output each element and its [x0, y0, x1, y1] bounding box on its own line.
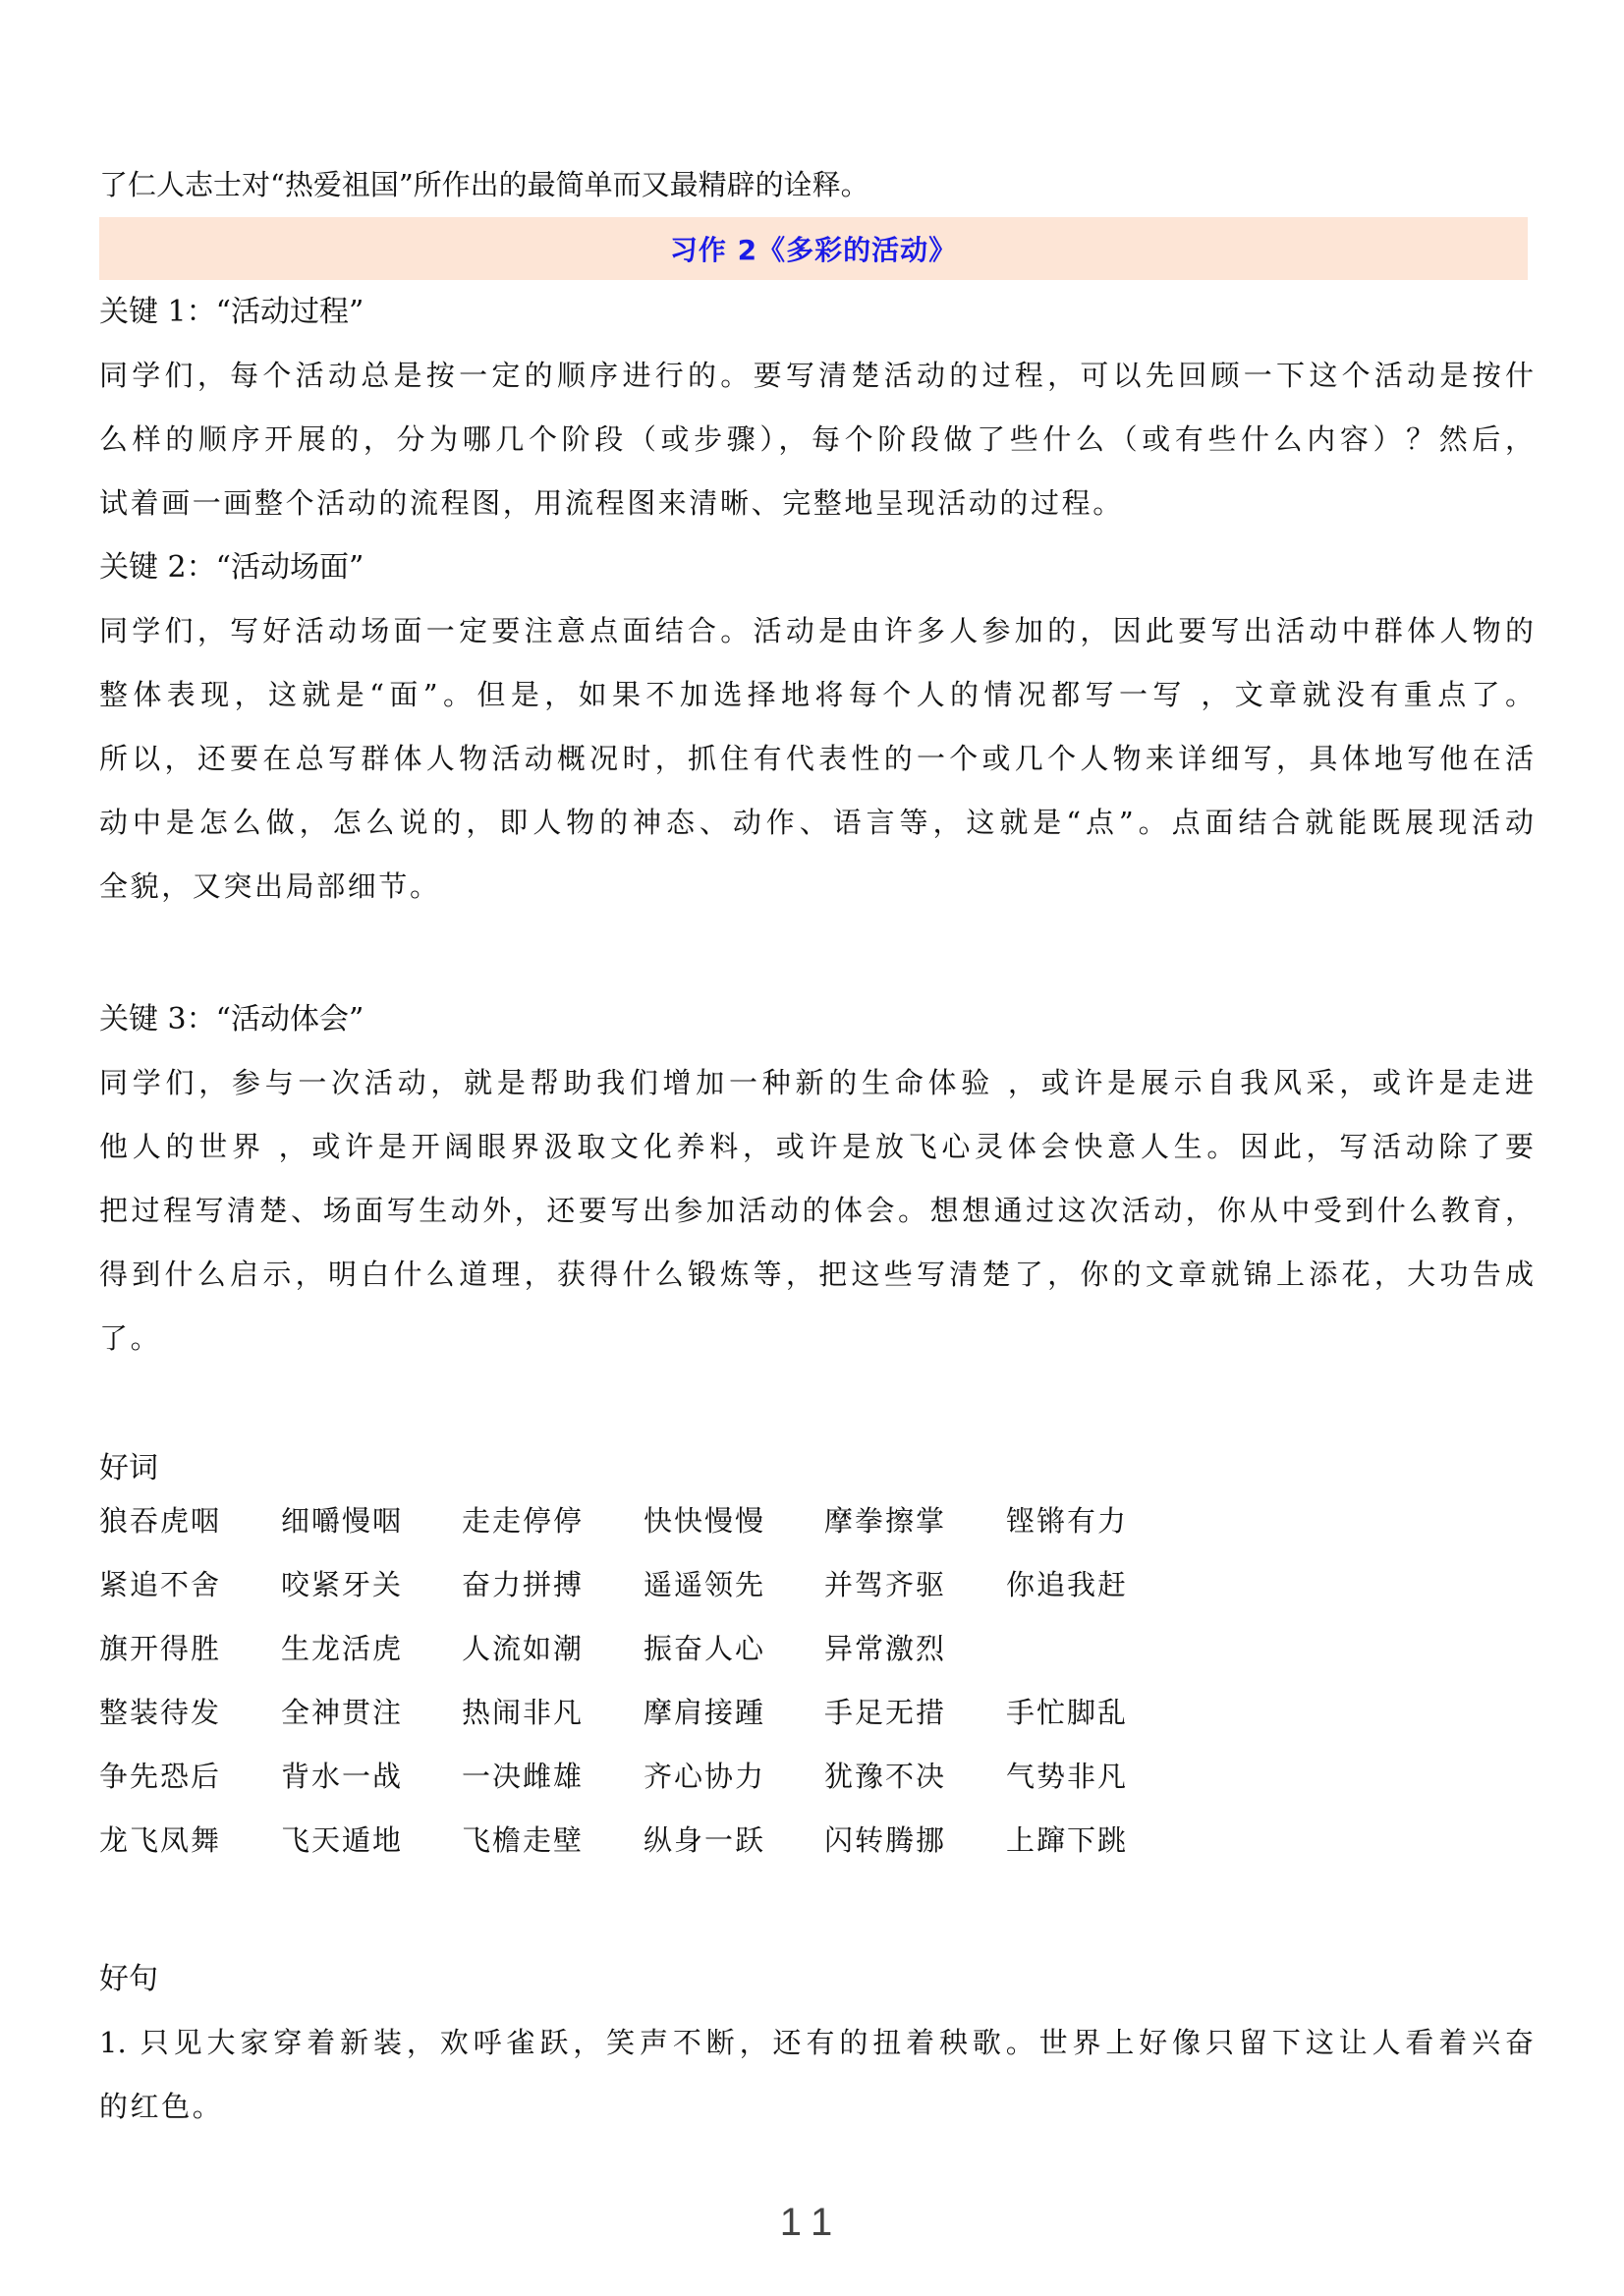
section-banner: 习作 2《多彩的活动》 — [99, 217, 1528, 280]
word-item: 手足无措 — [824, 1695, 946, 1730]
word-item: 遥遥领先 — [644, 1567, 765, 1602]
section-2-heading: 关键 2：“活动场面” — [99, 550, 1534, 586]
word-item: 生龙活虎 — [281, 1631, 403, 1666]
word-item: 紧追不舍 — [99, 1567, 221, 1602]
word-item: 摩肩接踵 — [644, 1695, 765, 1730]
word-item: 手忙脚乱 — [1006, 1695, 1128, 1730]
section-2-line-2: 整体表现，这就是“面”。但是，如果不加选择地将每个人的情况都写一写 ，文章就没有… — [99, 677, 1534, 712]
good-sentence-1-line-2: 的红色。 — [99, 2089, 1534, 2124]
word-item: 龙飞凤舞 — [99, 1822, 221, 1858]
section-1-line-2: 么样的顺序开展的，分为哪几个阶段（或步骤），每个阶段做了些什么（或有些什么内容）… — [99, 421, 1534, 457]
section-3-line-5: 了。 — [99, 1320, 1534, 1356]
word-item: 走走停停 — [462, 1503, 584, 1539]
intro-continuation-text: 了仁人志士对“热爱祖国”所作出的最简单而又最精辟的诠释。 — [99, 167, 1534, 202]
word-item: 争先恐后 — [99, 1759, 221, 1794]
word-item: 飞天遁地 — [281, 1822, 403, 1858]
word-item: 闪转腾挪 — [824, 1822, 946, 1858]
word-item: 快快慢慢 — [644, 1503, 765, 1539]
word-item: 气势非凡 — [1006, 1759, 1128, 1794]
word-item: 背水一战 — [281, 1759, 403, 1794]
word-item: 狼吞虎咽 — [99, 1503, 221, 1539]
word-item: 上蹿下跳 — [1006, 1822, 1128, 1858]
word-item: 纵身一跃 — [644, 1822, 765, 1858]
word-item: 旗开得胜 — [99, 1631, 221, 1666]
word-item: 异常激烈 — [824, 1631, 946, 1666]
section-1-heading: 关键 1：“活动过程” — [99, 295, 1534, 330]
word-item: 齐心协力 — [644, 1759, 765, 1794]
section-1-line-1: 同学们，每个活动总是按一定的顺序进行的。要写清楚活动的过程，可以先回顾一下这个活… — [99, 358, 1534, 393]
good-sentences-heading: 好句 — [99, 1962, 1534, 1997]
word-item: 奋力拼搏 — [462, 1567, 584, 1602]
section-3-line-3: 把过程写清楚、场面写生动外，还要写出参加活动的体会。想想通过这次活动，你从中受到… — [99, 1193, 1534, 1228]
word-item: 铿锵有力 — [1006, 1503, 1128, 1539]
word-item: 并驾齐驱 — [824, 1567, 946, 1602]
banner-title: 习作 2《多彩的活动》 — [670, 229, 957, 268]
word-item: 飞檐走壁 — [462, 1822, 584, 1858]
word-item: 整装待发 — [99, 1695, 221, 1730]
word-item: 一决雌雄 — [462, 1759, 584, 1794]
good-sentence-1-line-1: 1. 只见大家穿着新装，欢呼雀跃，笑声不断，还有的扭着秧歌。世界上好像只留下这让… — [99, 2025, 1534, 2060]
word-item: 振奋人心 — [644, 1631, 765, 1666]
page-number: 11 — [0, 2201, 1624, 2245]
section-3-line-2: 他人的世界 ，或许是开阔眼界汲取文化养料，或许是放飞心灵体会快意人生。因此，写活… — [99, 1129, 1534, 1164]
word-item: 人流如潮 — [462, 1631, 584, 1666]
word-item: 你追我赶 — [1006, 1567, 1128, 1602]
section-3-heading: 关键 3：“活动体会” — [99, 1002, 1534, 1037]
word-item: 犹豫不决 — [824, 1759, 946, 1794]
section-2-line-1: 同学们，写好活动场面一定要注意点面结合。活动是由许多人参加的，因此要写出活动中群… — [99, 613, 1534, 648]
word-item: 热闹非凡 — [462, 1695, 584, 1730]
section-3-line-1: 同学们，参与一次活动，就是帮助我们增加一种新的生命体验 ，或许是展示自我风采，或… — [99, 1065, 1534, 1100]
section-1-line-3: 试着画一画整个活动的流程图，用流程图来清晰、完整地呈现活动的过程。 — [99, 485, 1534, 521]
word-item: 摩拳擦掌 — [824, 1503, 946, 1539]
section-2-line-3: 所以，还要在总写群体人物活动概况时，抓住有代表性的一个或几个人物来详细写，具体地… — [99, 741, 1534, 776]
good-words-heading: 好词 — [99, 1451, 1534, 1486]
word-item: 细嚼慢咽 — [281, 1503, 403, 1539]
section-2-line-5: 全貌，又突出局部细节。 — [99, 868, 1534, 904]
word-item: 全神贯注 — [281, 1695, 403, 1730]
section-3-line-4: 得到什么启示，明白什么道理，获得什么锻炼等，把这些写清楚了，你的文章就锦上添花，… — [99, 1257, 1534, 1292]
section-2-line-4: 动中是怎么做，怎么说的，即人物的神态、动作、语言等，这就是“点”。点面结合就能既… — [99, 805, 1534, 840]
word-item: 咬紧牙关 — [281, 1567, 403, 1602]
